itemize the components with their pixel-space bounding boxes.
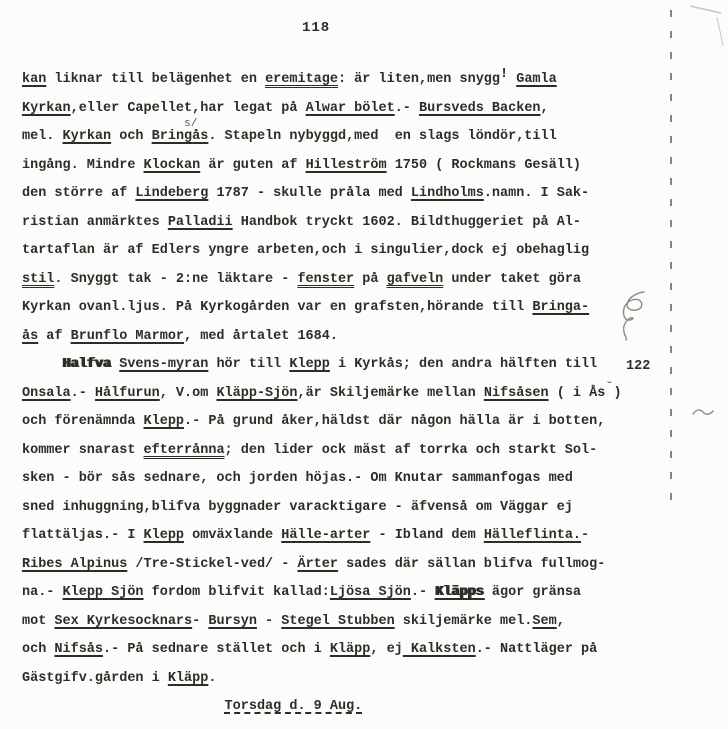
text-line: sned inhuggning,blifva byggnader varackt…: [22, 494, 702, 523]
vertical-dashed-margin-line: [670, 10, 672, 512]
text-line: ristian anmärktes Palladii Handbok tryck…: [22, 209, 702, 238]
handwritten-pencil-doodle: [614, 286, 656, 344]
text-line: Ribes Alpinus /Tre-Stickel-ved/ - Ärter …: [22, 551, 702, 580]
text-line: Kyrkan,eller Capellet,har legat på Alwar…: [22, 95, 702, 124]
text-line: Torsdag d. 9 Aug.: [22, 693, 702, 722]
text-line: mot Sex Kyrkesocknars- Bursyn - Stegel S…: [22, 608, 702, 637]
text-line: mel. Kyrkan och Brings/ås. Stapeln nybyg…: [22, 123, 702, 152]
text-line: och förenämnda Klepp.- På grund åker,häl…: [22, 408, 702, 437]
document-lines: kan liknar till belägenhet en eremitage:…: [22, 66, 702, 722]
pencil-corner-marks: [688, 2, 726, 50]
text-line: flattäljas.- I Klepp omväxlande Hälle-ar…: [22, 522, 702, 551]
scanned-page: 118 kan liknar till belägenhet en eremit…: [0, 0, 728, 729]
text-line: Kyrkan ovanl.ljus. På Kyrkogården var en…: [22, 294, 702, 323]
text-line: Halfva Svens-myran hör till Klepp i Kyrk…: [22, 351, 702, 380]
text-line: ingång. Mindre Klockan är guten af Hille…: [22, 152, 702, 181]
margin-page-ref: 122: [626, 359, 650, 374]
text-line: stil. Snyggt tak - 2:ne läktare - fenste…: [22, 266, 702, 295]
text-line: och Nifsås.- På sednare stället och i Kl…: [22, 636, 702, 665]
text-line: Gästgifv.gården i Kläpp.: [22, 665, 702, 694]
text-line: Onsala.- Hålfurun, V.om Kläpp-Sjön,är Sk…: [22, 380, 702, 409]
page-number: 118: [302, 20, 330, 36]
handwritten-tilde-mark: [692, 406, 714, 418]
text-line: den större af Lindeberg 1787 - skulle pr…: [22, 180, 702, 209]
text-line: ås af Brunflo Marmor, med årtalet 1684.: [22, 323, 702, 352]
text-line: kommer snarast efterrånna; den lider ock…: [22, 437, 702, 466]
text-line: tartaflan är af Edlers yngre arbeten,och…: [22, 237, 702, 266]
text-line: kan liknar till belägenhet en eremitage:…: [22, 66, 702, 95]
text-line: sken - bör sås sednare, och jorden höjas…: [22, 465, 702, 494]
text-line: na.- Klepp Sjön fordom blifvit kallad:Lj…: [22, 579, 702, 608]
